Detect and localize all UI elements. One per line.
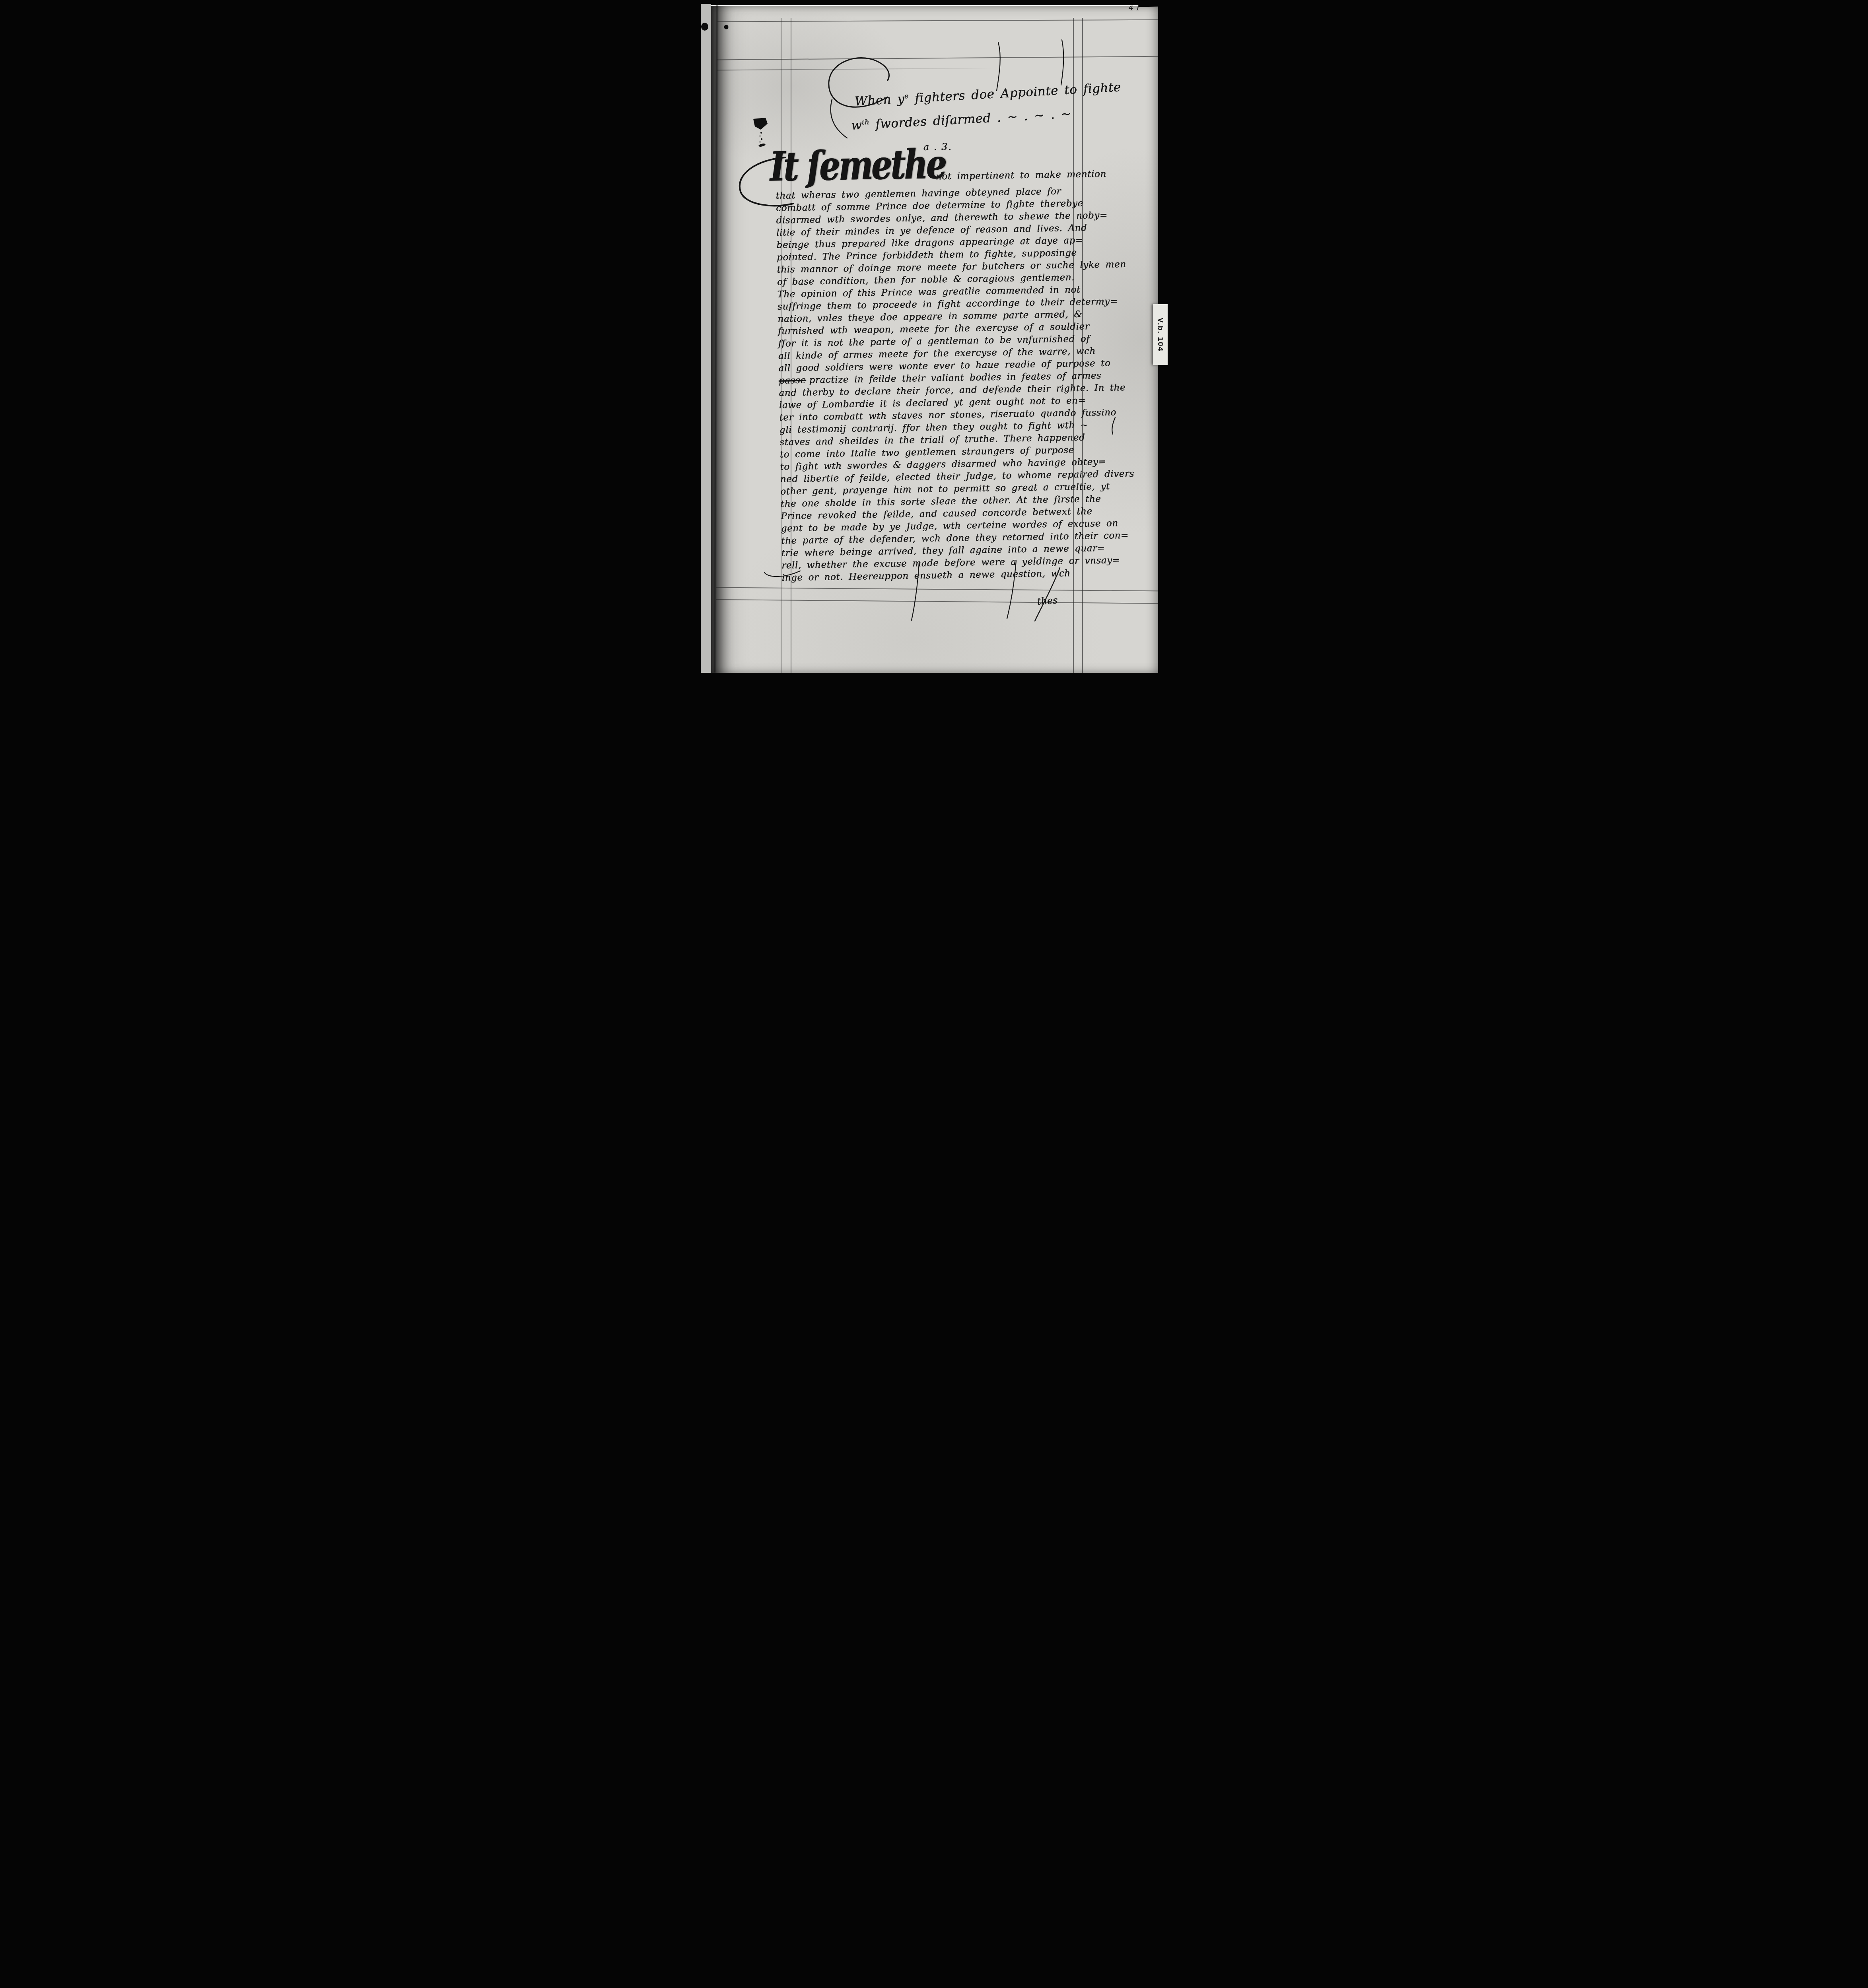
ye-superscript: e (904, 92, 909, 101)
manuscript-photo: When ye fighters doe Appointe to fighte … (701, 0, 1168, 673)
handwriting-layer: When ye fighters doe Appointe to fighte … (701, 0, 1168, 673)
wth-superscript: th (861, 118, 869, 126)
chapter-heading: When ye fighters doe Appointe to fighte … (854, 80, 1122, 132)
body-text-block: that wheras two gentlemen havinge obteyn… (776, 185, 1084, 584)
drop-cap-words: It ſemethe (769, 145, 945, 186)
catchword: thes (1036, 594, 1057, 607)
body-first-line: not impertinent to make mention (935, 168, 1106, 183)
heading-flourish-marks: . ~ . ~ . ~ (990, 107, 1071, 125)
heading-line-1: When ye fighters doe Appointe to fighte (854, 80, 1121, 109)
shelfmark-text: V.b. 104 (1156, 317, 1164, 351)
struck-word: passe (778, 375, 806, 386)
heading-line-2: wth ſwordes diſarmed . ~ . ~ . ~ (851, 104, 1122, 133)
folio-number: 41 (1129, 6, 1146, 14)
shelfmark-label: V.b. 104 (1153, 304, 1168, 365)
